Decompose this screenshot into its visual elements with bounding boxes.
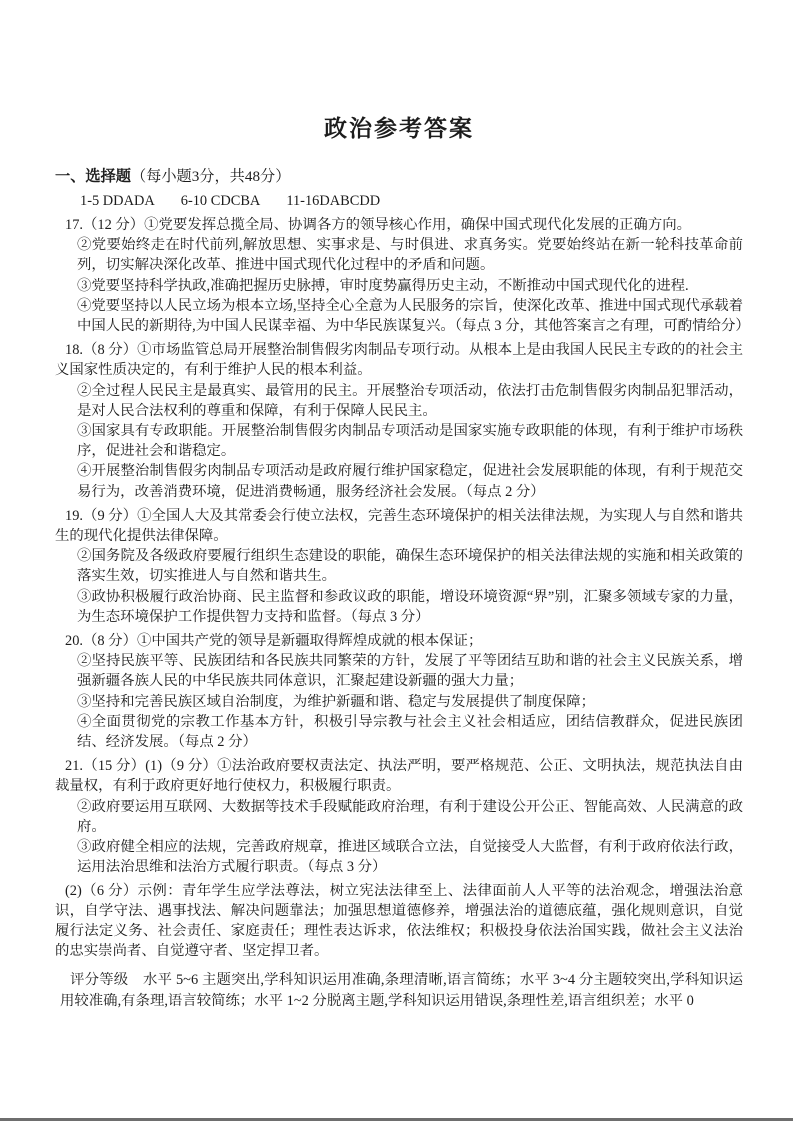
answer-paragraph: 20.（8 分）①中国共产党的领导是新疆取得辉煌成就的根本保证； [55,631,743,651]
answer-paragraph: 21.（15 分）(1)（9 分）①法治政府要权责法定、执法严明，要严格规范、公… [55,756,743,796]
answer-paragraph: 评分等级 水平 5~6 主题突出,学科知识运用准确,条理清晰,语言简练；水平 3… [60,970,743,1010]
answer-paragraph: 19.（9 分）①全国人大及其常委会行使立法权，完善生态环境保护的相关法律法规，… [55,506,743,546]
answer-paragraph: ③坚持和完善民族区域自治制度，为维护新疆和谐、稳定与发展提供了制度保障； [77,692,743,712]
multiple-choice-answers: 1-5 DDADA6-10 CDCBA11-16DABCDD [55,191,743,211]
document-page: 政治参考答案 一、选择题（每小题3分，共48分） 1-5 DDADA6-10 C… [0,0,793,1122]
section-heading-label: 一、选择题 [55,168,131,185]
answer-paragraph: ③政协积极履行政治协商、民主监督和参政议政的职能，增设环境资源“界”别，汇聚多领… [77,587,743,627]
answer-paragraph: ③党要坚持科学执政,准确把握历史脉搏，审时度势赢得历史主动，不断推动中国式现代化… [77,276,743,296]
answer-paragraph: ②坚持民族平等、民族团结和各民族共同繁荣的方针，发展了平等团结互助和谐的社会主义… [77,651,743,691]
page-bottom-bar [0,1118,793,1121]
answer-paragraph: ④全面贯彻党的宗教工作基本方针，积极引导宗教与社会主义社会相适应，团结信教群众，… [77,712,743,752]
answer-group-1-5: 1-5 DDADA [80,193,155,209]
answer-paragraph: ②全过程人民民主是最真实、最管用的民主。开展整治专项活动，依法打击危制售假劣肉制… [77,381,743,421]
answer-blocks: 17.（12 分）①党要发挥总揽全局、协调各方的领导核心作用，确保中国式现代化发… [55,215,743,1011]
multiple-choice-section-heading: 一、选择题（每小题3分，共48分） [55,167,743,187]
answer-paragraph: ③政府健全相应的法规，完善政府规章，推进区域联合立法，自觉接受人大监督，有利于政… [77,837,743,877]
section-heading-note: （每小题3分，共48分） [131,168,290,185]
answer-paragraph: ②政府要运用互联网、大数据等技术手段赋能政府治理，有利于建设公开公正、智能高效、… [77,797,743,837]
answer-paragraph: (2)（6 分）示例：青年学生应学法尊法，树立宪法法律至上、法律面前人人平等的法… [55,881,743,962]
page-title: 政治参考答案 [55,110,743,143]
document-content: 政治参考答案 一、选择题（每小题3分，共48分） 1-5 DDADA6-10 C… [55,0,743,1011]
answer-paragraph: ④党要坚持以人民立场为根本立场,坚持全心全意为人民服务的宗旨，使深化改革、推进中… [77,296,743,336]
answer-paragraph: 18.（8 分）①市场监管总局开展整治制售假劣肉制品专项行动。从根本上是由我国人… [55,340,743,380]
answer-paragraph: 17.（12 分）①党要发挥总揽全局、协调各方的领导核心作用，确保中国式现代化发… [55,215,743,235]
answer-group-11-16: 11-16DABCDD [286,193,380,209]
answer-paragraph: ②国务院及各级政府要履行组织生态建设的职能，确保生态环境保护的相关法律法规的实施… [77,546,743,586]
answer-paragraph: ③国家具有专政职能。开展整治制售假劣肉制品专项活动是国家实施专政职能的体现，有利… [77,421,743,461]
answer-paragraph: ④开展整治制售假劣肉制品专项活动是政府履行维护国家稳定，促进社会发展职能的体现，… [77,461,743,501]
answer-group-6-10: 6-10 CDCBA [181,193,261,209]
answer-paragraph: ②党要始终走在时代前列,解放思想、实事求是、与时俱进、求真务实。党要始终站在新一… [77,235,743,275]
